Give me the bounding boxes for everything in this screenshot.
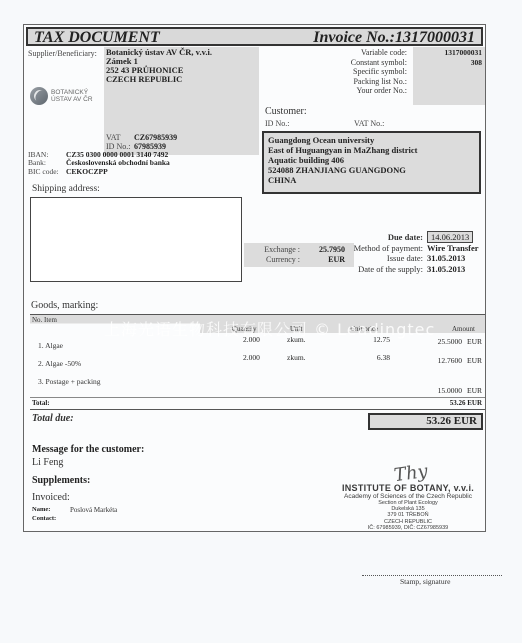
customer-address-box: Guangdong Ocean university East of Hugua… bbox=[262, 131, 481, 194]
total-due-label: Total due: bbox=[32, 413, 74, 424]
bank-details: IBAN:CZ35 0300 0000 0001 3140 7492 Bank:… bbox=[28, 150, 170, 176]
institute-stamp: INSTITUTE OF BOTANY, v.v.i. Academy of S… bbox=[328, 483, 488, 531]
name-value: Poslová Markéta bbox=[70, 506, 117, 514]
invoice-number: Invoice No.:1317000031 bbox=[313, 29, 475, 47]
supplements-label: Supplements: bbox=[32, 475, 90, 486]
total-label: Total: bbox=[32, 399, 50, 407]
customer-id-label: ID No.: bbox=[265, 119, 289, 128]
message-value: Li Feng bbox=[32, 457, 63, 468]
leaf-logo-icon bbox=[30, 87, 48, 105]
contact-label: Contact: bbox=[32, 515, 56, 522]
goods-label: Goods, marking: bbox=[31, 300, 98, 311]
total-value: 53.26 EUR bbox=[414, 399, 482, 407]
customer-title: Customer: bbox=[265, 106, 307, 117]
supplier-label: Supplier/Beneficiary: bbox=[28, 49, 97, 58]
due-date: 14.06.2013 bbox=[427, 231, 473, 243]
payment-codes: Variable code:1317000031 Constant symbol… bbox=[260, 48, 483, 96]
document-header: TAX DOCUMENT Invoice No.:1317000031 bbox=[26, 27, 483, 46]
goods-table-body: 1. Algae 2.000 zkum. 12.75 25.5000 EUR 2… bbox=[30, 335, 485, 380]
stamp-caption: Stamp, signature bbox=[400, 577, 450, 586]
message-label: Message for the customer: bbox=[32, 444, 144, 455]
table-row: 3. Postage + packing 15.0000 EUR bbox=[30, 365, 485, 380]
invoice-page: TAX DOCUMENT Invoice No.:1317000031 Supp… bbox=[23, 24, 486, 532]
invoiced-label: Invoiced: bbox=[32, 492, 70, 503]
total-divider-2 bbox=[30, 409, 485, 410]
document-title: TAX DOCUMENT bbox=[34, 29, 160, 47]
shipping-label: Shipping address: bbox=[32, 184, 100, 194]
table-row: 1. Algae 2.000 zkum. 12.75 25.5000 EUR bbox=[30, 335, 485, 350]
shipping-address-box bbox=[30, 197, 242, 282]
customer-vat-label: VAT No.: bbox=[354, 119, 384, 128]
supplier-address: Botanický ústav AV ČR, v.v.i. Zámek 1 25… bbox=[106, 48, 212, 84]
total-due-value: 53.26 EUR bbox=[368, 413, 483, 430]
table-row: 2. Algae -50% 2.000 zkum. 6.38 12.7600 E… bbox=[30, 350, 485, 365]
signature-line bbox=[362, 575, 502, 576]
payment-info: Due date:14.06.2013 Method of payment:Wi… bbox=[324, 232, 484, 274]
botanicky-ustav-logo: BOTANICKÝÚSTAV AV ČR bbox=[30, 83, 100, 109]
name-label: Name: bbox=[32, 506, 50, 513]
total-divider bbox=[30, 397, 485, 398]
